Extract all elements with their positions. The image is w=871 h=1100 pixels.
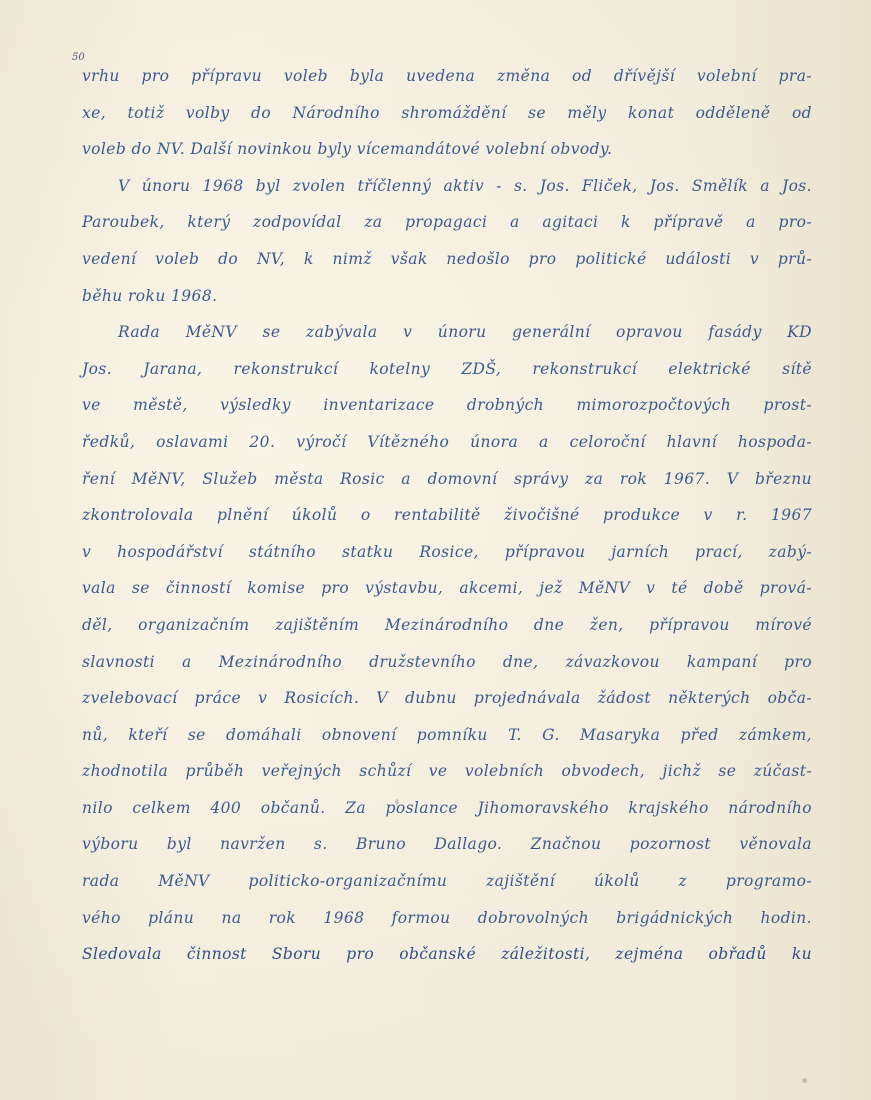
paper-speck bbox=[802, 1078, 807, 1083]
text-line: běhu roku 1968. bbox=[82, 278, 812, 315]
text-line: ření MěNV, Služeb města Rosic a domovní … bbox=[82, 461, 812, 498]
text-line: vého plánu na rok 1968 formou dobrovolný… bbox=[82, 900, 812, 937]
text-line: vedení voleb do NV, k nimž však nedošlo … bbox=[82, 241, 812, 278]
paper-speck bbox=[395, 799, 399, 805]
text-line: ve městě, výsledky inventarizace drobnýc… bbox=[82, 387, 812, 424]
text-line: ředků, oslavami 20. výročí Vítězného úno… bbox=[82, 424, 812, 461]
text-line: xe, totiž volby do Národního shromáždění… bbox=[82, 95, 812, 132]
handwritten-text-body: vrhu pro přípravu voleb byla uvedena změ… bbox=[82, 58, 812, 973]
text-line: vrhu pro přípravu voleb byla uvedena změ… bbox=[82, 58, 812, 95]
text-line: zhodnotila průběh veřejných schůzí ve vo… bbox=[82, 753, 812, 790]
text-line: nilo celkem 400 občanů. Za poslance Jiho… bbox=[82, 790, 812, 827]
text-line: vala se činností komise pro výstavbu, ak… bbox=[82, 570, 812, 607]
manuscript-page: 50 vrhu pro přípravu voleb byla uvedena … bbox=[0, 0, 871, 1100]
text-line: zvelebovací práce v Rosicích. V dubnu pr… bbox=[82, 680, 812, 717]
text-line: V únoru 1968 byl zvolen tříčlenný aktiv … bbox=[82, 168, 812, 205]
text-line: Paroubek, který zodpovídal za propagaci … bbox=[82, 204, 812, 241]
text-line: děl, organizačním zajištěním Mezinárodní… bbox=[82, 607, 812, 644]
text-line: zkontrolovala plnění úkolů o rentabilitě… bbox=[82, 497, 812, 534]
text-line: slavnosti a Mezinárodního družstevního d… bbox=[82, 644, 812, 681]
text-line: Rada MěNV se zabývala v únoru generální … bbox=[82, 314, 812, 351]
text-line: rada MěNV politicko-organizačnímu zajišt… bbox=[82, 863, 812, 900]
text-line: nů, kteří se domáhali obnovení pomníku T… bbox=[82, 717, 812, 754]
text-line: Sledovala činnost Sboru pro občanské zál… bbox=[82, 936, 812, 973]
text-line: výboru byl navržen s. Bruno Dallago. Zna… bbox=[82, 826, 812, 863]
text-line: v hospodářství státního statku Rosice, p… bbox=[82, 534, 812, 571]
text-line: voleb do NV. Další novinkou byly víceman… bbox=[82, 131, 812, 168]
text-line: Jos. Jarana, rekonstrukcí kotelny ZDŠ, r… bbox=[82, 351, 812, 388]
